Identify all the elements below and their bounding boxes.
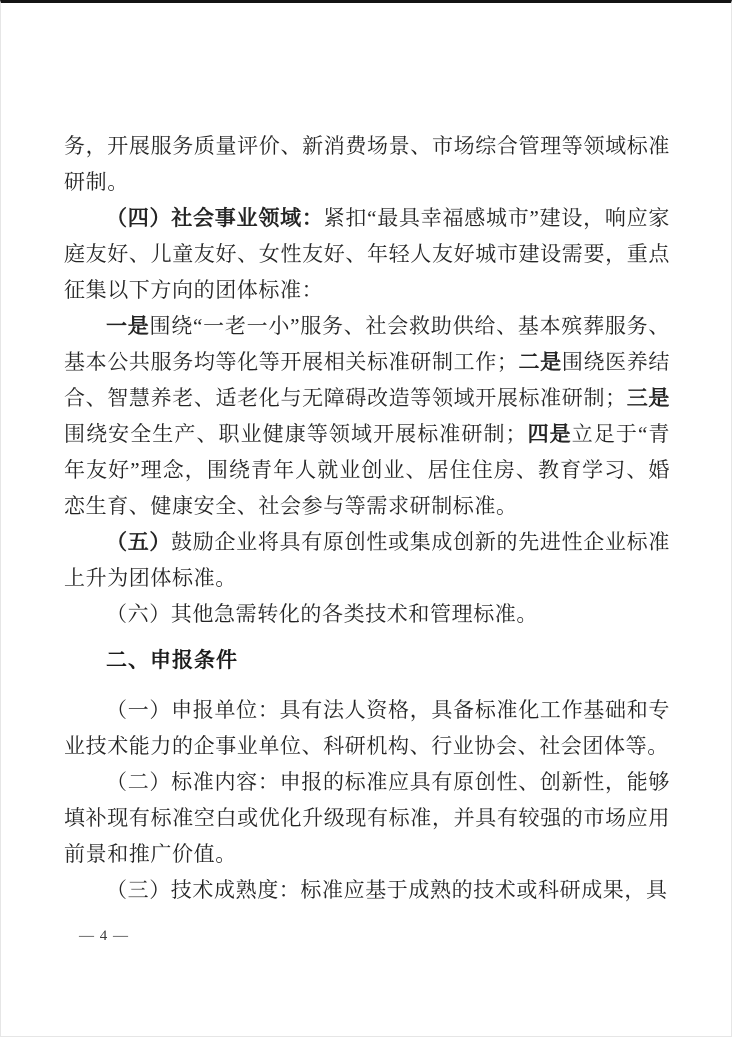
text-run: 务，开展服务质量评价、新消费场景、市场综合管理等领域标准研制。 bbox=[64, 134, 670, 194]
text-run-bold: 二、申报条件 bbox=[106, 649, 238, 672]
text-run-bold: （四）社会事业领域： bbox=[106, 206, 324, 230]
text-run: （一）申报单位：具有法人资格，具备标准化工作基础和专业技术能力的企事业单位、科研… bbox=[64, 698, 670, 758]
text-run: 围绕安全生产、职业健康等领域开展标准研制； bbox=[64, 422, 527, 446]
document-body: 务，开展服务质量评价、新消费场景、市场综合管理等领域标准研制。（四）社会事业领域… bbox=[64, 128, 670, 908]
paragraph: 务，开展服务质量评价、新消费场景、市场综合管理等领域标准研制。 bbox=[64, 128, 670, 200]
page-number: — 4 — bbox=[79, 928, 129, 945]
text-run-bold: （五） bbox=[106, 530, 171, 554]
paragraph: （二）标准内容：申报的标准应具有原创性、创新性，能够填补现有标准空白或优化升级现… bbox=[64, 764, 670, 872]
text-run: （二）标准内容：申报的标准应具有原创性、创新性，能够填补现有标准空白或优化升级现… bbox=[64, 770, 670, 866]
text-run-bold: 二是 bbox=[518, 350, 561, 374]
text-run: （六）其他急需转化的各类技术和管理标准。 bbox=[106, 602, 538, 626]
paragraph: 一是围绕“一老一小”服务、社会救助供给、基本殡葬服务、基本公共服务均等化等开展相… bbox=[64, 308, 670, 524]
text-run-bold: 三是 bbox=[627, 386, 670, 410]
paragraph: （五）鼓励企业将具有原创性或集成创新的先进性企业标准上升为团体标准。 bbox=[64, 524, 670, 596]
paragraph: （四）社会事业领域：紧扣“最具幸福感城市”建设，响应家庭友好、儿童友好、女性友好… bbox=[64, 200, 670, 308]
section-heading: 二、申报条件 bbox=[64, 643, 670, 679]
paragraph: （三）技术成熟度：标准应基于成熟的技术或科研成果，具 bbox=[64, 872, 670, 908]
paragraph: （六）其他急需转化的各类技术和管理标准。 bbox=[64, 596, 670, 632]
text-run-bold: 四是 bbox=[527, 422, 572, 446]
paragraph: （一）申报单位：具有法人资格，具备标准化工作基础和专业技术能力的企事业单位、科研… bbox=[64, 692, 670, 764]
text-run-bold: 一是 bbox=[106, 314, 150, 338]
document-page: 务，开展服务质量评价、新消费场景、市场综合管理等领域标准研制。（四）社会事业领域… bbox=[0, 0, 732, 1037]
text-run: （三）技术成熟度：标准应基于成熟的技术或科研成果，具 bbox=[106, 878, 668, 902]
